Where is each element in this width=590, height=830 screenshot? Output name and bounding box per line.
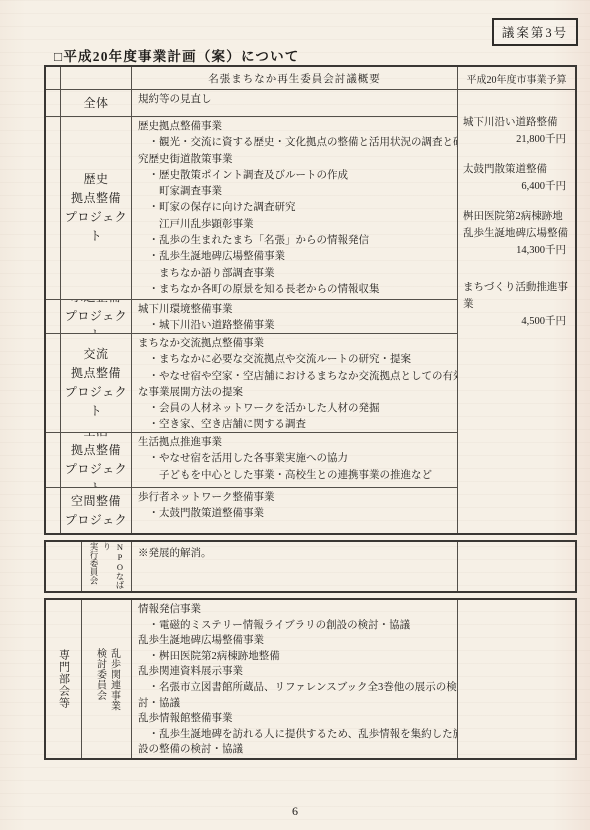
- row-label-living-project: 生活 拠点整備 プロジェクト: [60, 432, 131, 487]
- plan-table: 名張まちなか再生委員会討議概要 平成20年度市事業予算 全体 規約等の見直し 歴…: [44, 65, 577, 535]
- budget-item-amount: 14,300千円: [458, 242, 575, 259]
- budget-item-name: まちづくり活動推進事業: [458, 279, 575, 313]
- row-gutter-cell: [46, 487, 60, 533]
- row-gutter-cell: [46, 116, 60, 299]
- row-label-history-project: 歴史 拠点整備 プロジェクト: [60, 116, 131, 299]
- budget-item-amount: 6,400千円: [458, 178, 575, 195]
- column-header-budget: 平成20年度市事業予算: [457, 67, 575, 89]
- budget-item: 桝田医院第2病棟跡地 乱歩生誕地碑広場整備 14,300千円: [458, 208, 575, 259]
- budget-item-name: 太鼓門散策道整備: [458, 161, 575, 178]
- column-header-overview: 名張まちなか再生委員会討議概要: [131, 67, 457, 89]
- vertical-label-specialist-subcommittees: 専門部会等: [57, 649, 71, 709]
- npo-committee-table: NPOなばり 実行委員会 ※発展的解消。: [44, 540, 577, 593]
- row-gutter-cell: [46, 333, 60, 432]
- budget-column: 城下川沿い道路整備 21,800千円 太鼓門散策道整備 6,400千円 桝田医院…: [457, 89, 575, 533]
- subcommittee-outer-cell: 専門部会等: [46, 600, 81, 758]
- row-label-overall: 全体: [60, 89, 131, 116]
- row-label-waterside-project: 水辺整備 プロジェクト: [60, 299, 131, 333]
- row-content-pedestrian-project: 歩行者ネットワーク整備事業 ・太鼓門散策道整備事業: [131, 487, 457, 533]
- row-label-exchange-project: 交流 拠点整備 プロジェクト: [60, 333, 131, 432]
- page-background: { "doc": { "case_number": "議案第3号", "titl…: [0, 0, 590, 830]
- vertical-label-npo-executive-committee: NPOなばり 実行委員会: [87, 542, 126, 591]
- budget-item: まちづくり活動推進事業 4,500千円: [458, 279, 575, 330]
- case-number-box: 議案第3号: [492, 18, 578, 46]
- budget-item-amount: 21,800千円: [458, 131, 575, 148]
- committee-outer-spacer-cell: [46, 542, 81, 591]
- budget-item-name: 城下川沿い道路整備: [458, 114, 575, 131]
- header-spacer-cell: [60, 67, 131, 89]
- npo-committee-budget-cell: [457, 542, 575, 591]
- case-number-text: 議案第3号: [502, 23, 568, 41]
- row-gutter-cell: [46, 89, 60, 116]
- committee-label-cell: NPOなばり 実行委員会: [81, 542, 131, 591]
- subcommittee-label-cell: 乱歩関連事業 検討委員会: [81, 600, 131, 758]
- budget-item: 城下川沿い道路整備 21,800千円: [458, 114, 575, 148]
- row-content-waterside-project: 城下川環境整備事業 ・城下川沿い道路整備事業: [131, 299, 457, 333]
- budget-item: 太鼓門散策道整備 6,400千円: [458, 161, 575, 195]
- subcommittee-budget-cell: [457, 600, 575, 758]
- row-gutter-cell: [46, 299, 60, 333]
- row-content-history-project: 歴史拠点整備事業 ・観光・交流に資する歴史・文化拠点の整備と活用状況の調査と研 …: [131, 116, 457, 299]
- row-content-overall: 規約等の見直し: [131, 89, 457, 116]
- npo-committee-note: ※発展的解消。: [131, 542, 457, 591]
- document-title: □平成20年度事業計画（案）について: [54, 45, 299, 65]
- row-content-exchange-project: まちなか交流拠点整備事業 ・まちなかに必要な交流拠点や交流ルートの研究・提案 ・…: [131, 333, 457, 432]
- vertical-label-ranpo-examination-committee: 乱歩関連事業 検討委員会: [93, 648, 121, 711]
- header-gutter-cell: [46, 67, 60, 89]
- budget-item-amount: 4,500千円: [458, 313, 575, 330]
- subcommittee-table: 専門部会等 乱歩関連事業 検討委員会 情報発信事業 ・電磁的ミステリー情報ライブ…: [44, 598, 577, 760]
- page-number: 6: [0, 804, 590, 819]
- row-gutter-cell: [46, 432, 60, 487]
- budget-item-name: 桝田医院第2病棟跡地 乱歩生誕地碑広場整備: [458, 208, 575, 242]
- row-content-living-project: 生活拠点推進事業 ・やなせ宿を活用した各事業実施への協力 子どもを中心とした事業…: [131, 432, 457, 487]
- row-label-pedestrian-project: 歩行者 空間整備 プロジェクト: [60, 487, 131, 533]
- subcommittee-content: 情報発信事業 ・電磁的ミステリー情報ライブラリの創設の検討・協議 乱歩生誕地碑広…: [131, 600, 457, 758]
